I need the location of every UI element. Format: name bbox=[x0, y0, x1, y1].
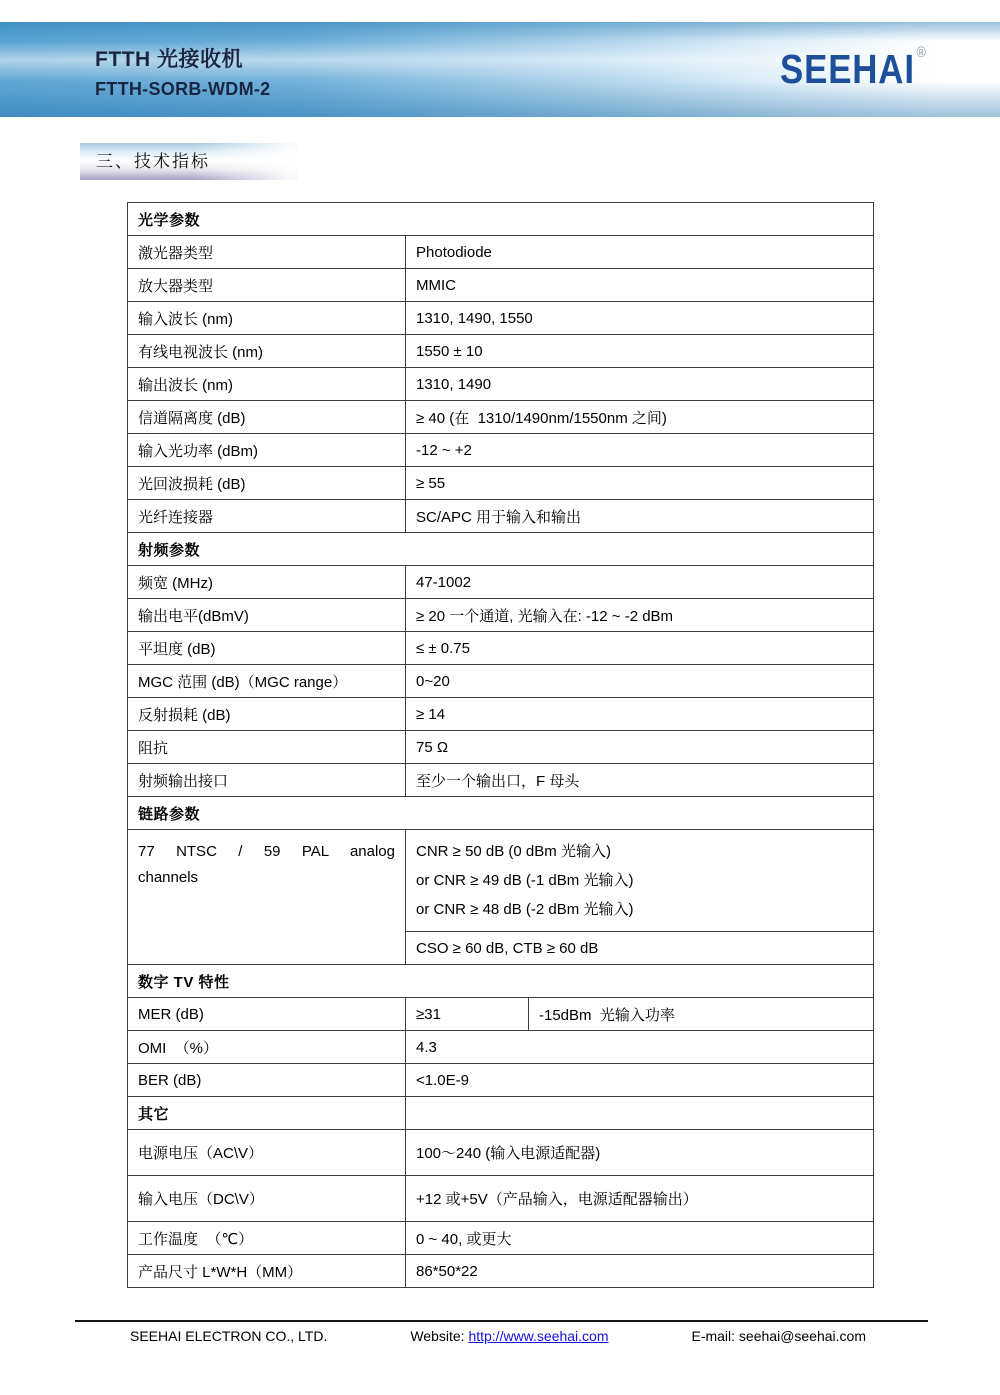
spec-key-cell: 有线电视波长 (nm) bbox=[128, 335, 406, 368]
spec-key-cell: 输入电压（DC\V） bbox=[128, 1176, 406, 1222]
spec-key-cell: OMI （%） bbox=[128, 1031, 406, 1064]
spec-key-cell: 反射损耗 (dB) bbox=[128, 698, 406, 731]
section-banner: 三、技术指标 bbox=[80, 143, 298, 180]
spec-key-cell: 放大器类型 bbox=[128, 269, 406, 302]
spec-value-cell: +12 或+5V（产品输入，电源适配器输出） bbox=[406, 1176, 874, 1222]
spec-key-cell: 信道隔离度 (dB) bbox=[128, 401, 406, 434]
spec-row: 反射损耗 (dB)≥ 14 bbox=[128, 698, 874, 731]
company-name: SEEHAI ELECTRON CO., LTD. bbox=[130, 1328, 327, 1344]
spec-key-cell: 工作温度 （℃） bbox=[128, 1222, 406, 1255]
cnr-line: or CNR ≥ 49 dB (-1 dBm 光输入) bbox=[416, 866, 863, 895]
spec-row: 激光器类型Photodiode bbox=[128, 236, 874, 269]
spec-value-cell: ≥ 20 一个通道, 光输入在: -12 ~ -2 dBm bbox=[406, 599, 874, 632]
spec-row: 产品尺寸 L*W*H（MM）86*50*22 bbox=[128, 1255, 874, 1288]
spec-value-cell: 100～240 (输入电源适配器) bbox=[406, 1130, 874, 1176]
spec-empty-cell bbox=[406, 1097, 874, 1130]
spec-value-cell: -15dBm 光输入功率 bbox=[529, 998, 874, 1031]
email-text: E-mail: seehai@seehai.com bbox=[691, 1328, 866, 1344]
spec-row: 输出波长 (nm)1310, 1490 bbox=[128, 368, 874, 401]
spec-key-cell: 77 NTSC / 59 PAL analogchannels bbox=[128, 830, 406, 965]
spec-row: 电源电压（AC\V）100～240 (输入电源适配器) bbox=[128, 1130, 874, 1176]
spec-section-label: 光学参数 bbox=[128, 203, 874, 236]
spec-key-cell: MER (dB) bbox=[128, 998, 406, 1031]
spec-value-cell: CNR ≥ 50 dB (0 dBm 光输入)or CNR ≥ 49 dB (-… bbox=[406, 830, 874, 932]
brand-logo-text: SEEHAI bbox=[780, 46, 915, 92]
cnr-line: or CNR ≥ 48 dB (-2 dBm 光输入) bbox=[416, 895, 863, 924]
spec-section-label: 射频参数 bbox=[128, 533, 874, 566]
spec-key-cell: BER (dB) bbox=[128, 1064, 406, 1097]
spec-row: BER (dB)<1.0E-9 bbox=[128, 1064, 874, 1097]
header-band: FTTH 光接收机 FTTH-SORB-WDM-2 SEEHAI® bbox=[0, 22, 1000, 117]
spec-row: 有线电视波长 (nm)1550 ± 10 bbox=[128, 335, 874, 368]
spec-value-cell: <1.0E-9 bbox=[406, 1064, 874, 1097]
spec-section-row: 射频参数 bbox=[128, 533, 874, 566]
spec-key-cell: 输入波长 (nm) bbox=[128, 302, 406, 335]
spec-row: 信道隔离度 (dB)≥ 40 (在 1310/1490nm/1550nm 之间) bbox=[128, 401, 874, 434]
registered-trademark-icon: ® bbox=[917, 44, 927, 61]
spec-value-cell: ≥ 55 bbox=[406, 467, 874, 500]
spec-key-line: 77 NTSC / 59 PAL analog bbox=[138, 839, 395, 865]
page-footer: SEEHAI ELECTRON CO., LTD. Website: http:… bbox=[75, 1320, 928, 1344]
spec-key-cell: 射频输出接口 bbox=[128, 764, 406, 797]
spec-key-line: channels bbox=[138, 865, 395, 891]
spec-key-cell: 激光器类型 bbox=[128, 236, 406, 269]
spec-value-cell: SC/APC 用于输入和输出 bbox=[406, 500, 874, 533]
cnr-line: CNR ≥ 50 dB (0 dBm 光输入) bbox=[416, 837, 863, 866]
brand-logo: SEEHAI® bbox=[780, 44, 953, 93]
spec-row: 输入电压（DC\V）+12 或+5V（产品输入，电源适配器输出） bbox=[128, 1176, 874, 1222]
spec-key-cell: MGC 范围 (dB)（MGC range） bbox=[128, 665, 406, 698]
spec-row: 射频输出接口至少一个输出口，F 母头 bbox=[128, 764, 874, 797]
spec-section-row: 光学参数 bbox=[128, 203, 874, 236]
spec-section-row: 其它 bbox=[128, 1097, 874, 1130]
spec-table: 光学参数激光器类型Photodiode放大器类型MMIC输入波长 (nm)131… bbox=[127, 202, 874, 1288]
spec-key-cell: 输入光功率 (dBm) bbox=[128, 434, 406, 467]
spec-row: 平坦度 (dB)≤ ± 0.75 bbox=[128, 632, 874, 665]
section-title: 三、技术指标 bbox=[80, 143, 298, 180]
website-line: Website: http://www.seehai.com bbox=[410, 1328, 608, 1344]
spec-row: 阻抗75 Ω bbox=[128, 731, 874, 764]
product-model: FTTH-SORB-WDM-2 bbox=[95, 79, 270, 100]
spec-value-cell: 1550 ± 10 bbox=[406, 335, 874, 368]
spec-row: 频宽 (MHz)47-1002 bbox=[128, 566, 874, 599]
spec-row: 光回波损耗 (dB)≥ 55 bbox=[128, 467, 874, 500]
website-link[interactable]: http://www.seehai.com bbox=[468, 1328, 608, 1344]
spec-value-cell: 86*50*22 bbox=[406, 1255, 874, 1288]
spec-row: 77 NTSC / 59 PAL analogchannelsCNR ≥ 50 … bbox=[128, 830, 874, 932]
product-title: FTTH 光接收机 bbox=[95, 48, 270, 72]
spec-value-cell: MMIC bbox=[406, 269, 874, 302]
spec-key-cell: 光回波损耗 (dB) bbox=[128, 467, 406, 500]
spec-section-row: 链路参数 bbox=[128, 797, 874, 830]
spec-row: 放大器类型MMIC bbox=[128, 269, 874, 302]
spec-row: 输出电平(dBmV)≥ 20 一个通道, 光输入在: -12 ~ -2 dBm bbox=[128, 599, 874, 632]
spec-value-cell: ≥ 14 bbox=[406, 698, 874, 731]
spec-key-cell: 光纤连接器 bbox=[128, 500, 406, 533]
spec-value-cell: 1310, 1490, 1550 bbox=[406, 302, 874, 335]
spec-value-cell: 1310, 1490 bbox=[406, 368, 874, 401]
spec-mid-cell: ≥31 bbox=[406, 998, 529, 1031]
spec-key-cell: 输出波长 (nm) bbox=[128, 368, 406, 401]
product-title-block: FTTH 光接收机 FTTH-SORB-WDM-2 bbox=[95, 48, 270, 100]
document-page: FTTH 光接收机 FTTH-SORB-WDM-2 SEEHAI® 三、技术指标… bbox=[0, 0, 1000, 1395]
spec-value-cell: 0 ~ 40, 或更大 bbox=[406, 1222, 874, 1255]
spec-row: MGC 范围 (dB)（MGC range）0~20 bbox=[128, 665, 874, 698]
spec-value-cell: Photodiode bbox=[406, 236, 874, 269]
spec-key-cell: 频宽 (MHz) bbox=[128, 566, 406, 599]
spec-key-cell: 产品尺寸 L*W*H（MM） bbox=[128, 1255, 406, 1288]
spec-value-cell: 至少一个输出口，F 母头 bbox=[406, 764, 874, 797]
spec-row: 输入波长 (nm)1310, 1490, 1550 bbox=[128, 302, 874, 335]
spec-value-cell: 0~20 bbox=[406, 665, 874, 698]
spec-value-cell: ≤ ± 0.75 bbox=[406, 632, 874, 665]
spec-value-cell: 4.3 bbox=[406, 1031, 874, 1064]
spec-row: 工作温度 （℃）0 ~ 40, 或更大 bbox=[128, 1222, 874, 1255]
spec-row: 输入光功率 (dBm)-12 ~ +2 bbox=[128, 434, 874, 467]
spec-row: MER (dB)≥31-15dBm 光输入功率 bbox=[128, 998, 874, 1031]
spec-value-cell: 47-1002 bbox=[406, 566, 874, 599]
spec-key-cell: 平坦度 (dB) bbox=[128, 632, 406, 665]
spec-section-row: 数字 TV 特性 bbox=[128, 965, 874, 998]
spec-key-cell: 输出电平(dBmV) bbox=[128, 599, 406, 632]
spec-key-cell: 阻抗 bbox=[128, 731, 406, 764]
spec-section-label: 链路参数 bbox=[128, 797, 874, 830]
spec-value-cell: -12 ~ +2 bbox=[406, 434, 874, 467]
spec-section-label: 数字 TV 特性 bbox=[128, 965, 874, 998]
spec-value-cell: 75 Ω bbox=[406, 731, 874, 764]
spec-row: OMI （%）4.3 bbox=[128, 1031, 874, 1064]
spec-value-cell: ≥ 40 (在 1310/1490nm/1550nm 之间) bbox=[406, 401, 874, 434]
spec-value-cell: CSO ≥ 60 dB, CTB ≥ 60 dB bbox=[406, 932, 874, 965]
spec-section-label: 其它 bbox=[128, 1097, 406, 1130]
spec-row: 光纤连接器SC/APC 用于输入和输出 bbox=[128, 500, 874, 533]
spec-key-cell: 电源电压（AC\V） bbox=[128, 1130, 406, 1176]
website-label: Website: bbox=[410, 1328, 468, 1344]
